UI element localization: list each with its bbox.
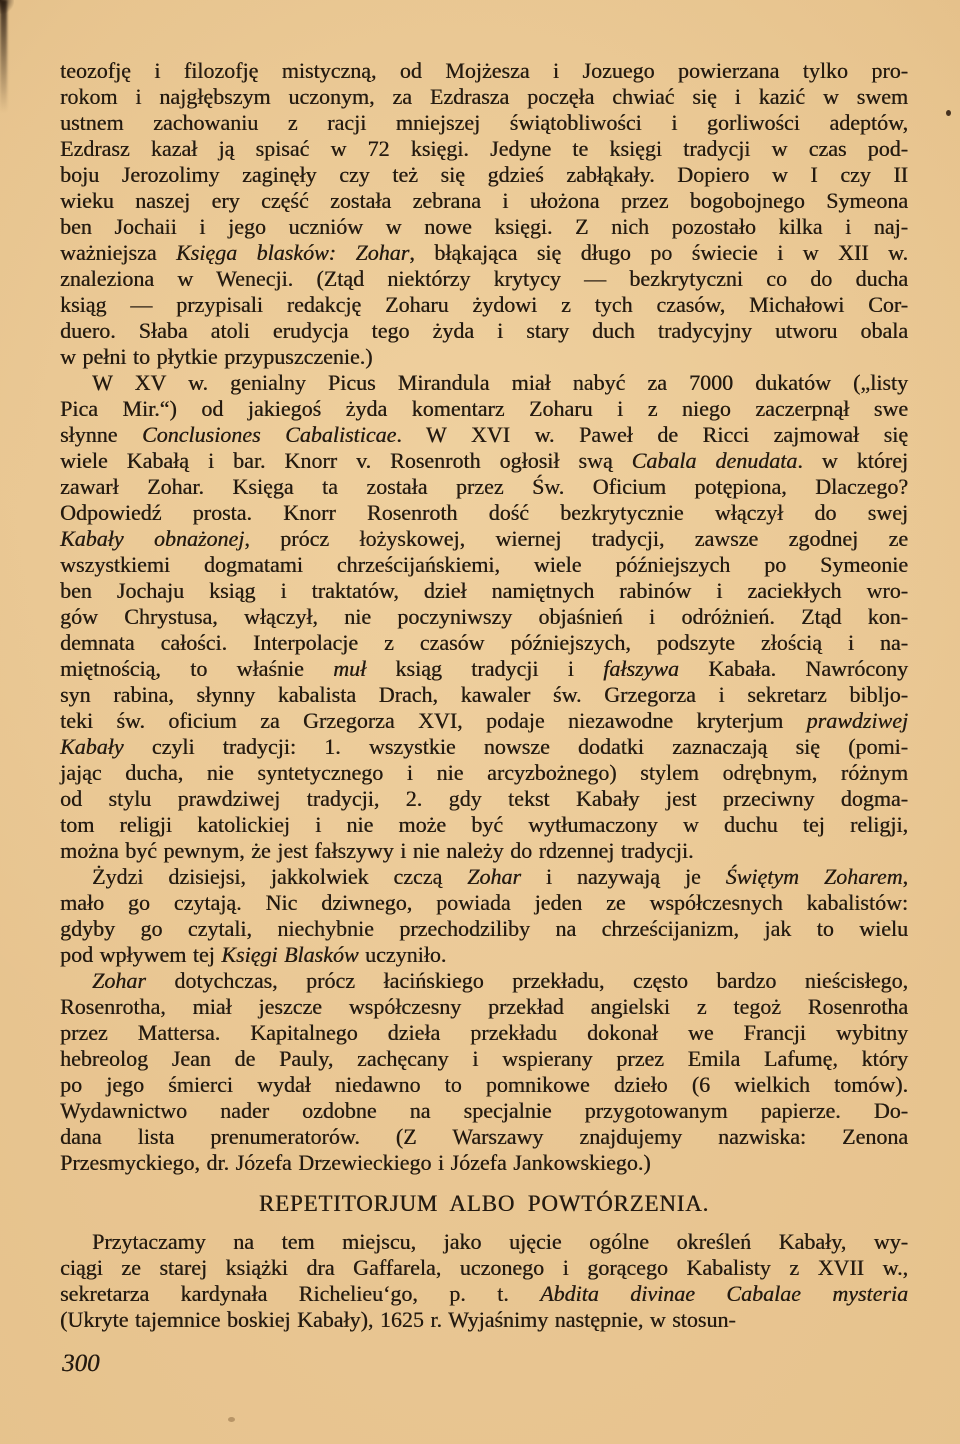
- text-run: duero. Słaba atoli erudycja tego żyda i …: [60, 318, 908, 343]
- text-run: znaleziona w Wenecji. (Ztąd niektórzy kr…: [60, 266, 908, 291]
- text-line: wiele Kabałą i bar. Knorr v. Rosenroth o…: [60, 448, 908, 474]
- text-run: W XV w. genialny Picus Mirandula miał na…: [92, 370, 908, 395]
- page-text: teozofję i filozofję mistyczną, od Mojże…: [60, 58, 908, 1333]
- text-run: pod wpływem tej: [60, 942, 221, 967]
- text-run: po jego śmierci wydał niedawno to pomnik…: [60, 1072, 908, 1097]
- text-run: ben Jochaju ksiąg i traktatów, dzieł nam…: [60, 578, 908, 603]
- text-run: ksiąg — przypisali redakcję Zoharu żydow…: [60, 292, 908, 317]
- text-line: Kabały czyli tradycji: 1. wszystkie nows…: [60, 734, 908, 760]
- paragraph: Żydzi dzisiejsi, jakkolwiek czczą Zohar …: [60, 864, 908, 968]
- text-run: rokom i najgłębszym uczonym, za Ezdrasza…: [60, 84, 908, 109]
- italic-text-run: prawdziwej: [807, 708, 908, 733]
- text-line: wszystkiemi dogmatami chrześcijańskiemi,…: [60, 552, 908, 578]
- text-line: sekretarza kardynała Richelieu‘go, p. t.…: [60, 1281, 908, 1307]
- text-run: ben Jochaii i jego uczniów w nowe księgi…: [60, 214, 908, 239]
- text-line: można być pewnym, że jest fałszywy i nie…: [60, 838, 908, 864]
- text-run: . w której: [797, 448, 908, 473]
- text-run: REPETITORJUM ALBO POWTÓRZENIA.: [259, 1191, 709, 1216]
- text-line: (Ukryte tajemnice boskiej Kabały), 1625 …: [60, 1307, 908, 1333]
- italic-text-run: Cabala denudata: [632, 448, 798, 473]
- text-run: i nazywają je: [521, 864, 726, 889]
- text-run: Ezdrasz kazał ją spisać w 72 księgi. Jed…: [60, 136, 908, 161]
- text-line: Ezdrasz kazał ją spisać w 72 księgi. Jed…: [60, 136, 908, 162]
- text-line: przez Mattersa. Kapitalnego dzieła przek…: [60, 1020, 908, 1046]
- text-run: teozofję i filozofję mistyczną, od Mojże…: [60, 58, 908, 83]
- text-run: miętnością, to właśnie: [60, 656, 333, 681]
- text-run: . W XVI w. Paweł de Ricci zajmował się: [396, 422, 908, 447]
- text-line: znaleziona w Wenecji. (Ztąd niektórzy kr…: [60, 266, 908, 292]
- text-run: Przytaczamy na tem miejscu, jako ujęcie …: [92, 1229, 908, 1254]
- text-line: ksiąg — przypisali redakcję Zoharu żydow…: [60, 292, 908, 318]
- text-run: od stylu prawdziwej tradycji, 2. gdy tek…: [60, 786, 908, 811]
- text-line: syn rabina, słynny kabalista Drach, kawa…: [60, 682, 908, 708]
- text-run: demnata całości. Interpolacje z czasów p…: [60, 630, 908, 655]
- page-number: 300: [62, 1350, 100, 1378]
- text-run: hebreolog Jean de Pauly, zachęcany i wsp…: [60, 1046, 908, 1071]
- text-line: miętnością, to właśnie muł ksiąg tradycj…: [60, 656, 908, 682]
- text-line: hebreolog Jean de Pauly, zachęcany i wsp…: [60, 1046, 908, 1072]
- text-run: można być pewnym, że jest fałszywy i nie…: [60, 838, 694, 863]
- text-run: gdyby go czytali, niechybnie przechodzil…: [60, 916, 908, 941]
- paper-blemish: [228, 1417, 235, 1422]
- italic-text-run: Abdita divinae Cabalae mysteria: [540, 1281, 908, 1306]
- paragraph: Przytaczamy na tem miejscu, jako ujęcie …: [60, 1229, 908, 1333]
- text-run: dana lista prenumeratorów. (Z Warszawy z…: [60, 1124, 908, 1149]
- text-run: boju Jerozolimy zaginęły czy też się gdz…: [60, 162, 908, 187]
- text-line: dana lista prenumeratorów. (Z Warszawy z…: [60, 1124, 908, 1150]
- text-line: rokom i najgłębszym uczonym, za Ezdrasza…: [60, 84, 908, 110]
- text-run: uczyniło.: [359, 942, 447, 967]
- text-run: słynne: [60, 422, 142, 447]
- text-run: Żydzi dzisiejsi, jakkolwiek czczą: [92, 864, 467, 889]
- text-line: ważniejsza Księga blasków: Zohar, błąkaj…: [60, 240, 908, 266]
- text-line: duero. Słaba atoli erudycja tego żyda i …: [60, 318, 908, 344]
- text-run: wszystkiemi dogmatami chrześcijańskiemi,…: [60, 552, 908, 577]
- text-run: czyli tradycji: 1. wszystkie nowsze doda…: [124, 734, 908, 759]
- text-line: Pica Mir.“) od jakiegoś żyda komentarz Z…: [60, 396, 908, 422]
- text-line: teozofję i filozofję mistyczną, od Mojże…: [60, 58, 908, 84]
- text-run: zawarł Zohar. Księga ta została przez Św…: [60, 474, 908, 499]
- text-line: od stylu prawdziwej tradycji, 2. gdy tek…: [60, 786, 908, 812]
- italic-text-run: muł: [333, 656, 366, 681]
- text-line: ben Jochaii i jego uczniów w nowe księgi…: [60, 214, 908, 240]
- text-run: (Ukryte tajemnice boskiej Kabały), 1625 …: [60, 1307, 736, 1332]
- text-run: Odpowiedź prosta. Knorr Rosenroth dość b…: [60, 500, 908, 525]
- text-run: Pica Mir.“) od jakiegoś żyda komentarz Z…: [60, 396, 908, 421]
- text-line: Zohar dotychczas, prócz łacińskiego prze…: [60, 968, 908, 994]
- text-line: demnata całości. Interpolacje z czasów p…: [60, 630, 908, 656]
- text-line: po jego śmierci wydał niedawno to pomnik…: [60, 1072, 908, 1098]
- italic-text-run: Zohar: [467, 864, 521, 889]
- text-run: gów Chrystusa, włączył, nie poczyniwszy …: [60, 604, 908, 629]
- text-line: Rosenrotha, miał jeszcze współczesny prz…: [60, 994, 908, 1020]
- text-run: ciągi ze starej książki dra Gaffarela, u…: [60, 1255, 908, 1280]
- text-line: Kabały obnażonej, prócz łożyskowej, wier…: [60, 526, 908, 552]
- text-run: teki św. oficium za Grzegorza XVI, podaj…: [60, 708, 807, 733]
- ink-speck: [946, 110, 951, 116]
- text-line: Przytaczamy na tem miejscu, jako ujęcie …: [60, 1229, 908, 1255]
- text-line: W XV w. genialny Picus Mirandula miał na…: [60, 370, 908, 396]
- text-run: , błąkająca się długo po świecie i w XII…: [409, 240, 908, 265]
- text-line: teki św. oficium za Grzegorza XVI, podaj…: [60, 708, 908, 734]
- text-line: słynne Conclusiones Cabalisticae. W XVI …: [60, 422, 908, 448]
- text-line: gów Chrystusa, włączył, nie poczyniwszy …: [60, 604, 908, 630]
- text-run: mało go czytają. Nic dziwnego, powiada j…: [60, 890, 908, 915]
- text-run: ksiąg tradycji i: [366, 656, 603, 681]
- book-page: { "document": { "language": "pl", "page_…: [0, 0, 960, 1444]
- paragraph: Zohar dotychczas, prócz łacińskiego prze…: [60, 968, 908, 1176]
- italic-text-run: Świętym Zoharem: [726, 864, 903, 889]
- italic-text-run: fałszywa: [603, 656, 679, 681]
- text-line: gdyby go czytali, niechybnie przechodzil…: [60, 916, 908, 942]
- text-run: tom religji katolickiej i nie może być w…: [60, 812, 908, 837]
- italic-text-run: Kabały obnażonej: [60, 526, 244, 551]
- text-line: Przesmyckiego, dr. Józefa Drzewieckiego …: [60, 1150, 908, 1176]
- scan-corner-smudge: [0, 0, 14, 14]
- text-run: ,: [902, 864, 908, 889]
- text-line: mało go czytają. Nic dziwnego, powiada j…: [60, 890, 908, 916]
- text-line: Wydawnictwo nader ozdobne na specjalnie …: [60, 1098, 908, 1124]
- text-run: sekretarza kardynała Richelieu‘go, p. t.: [60, 1281, 540, 1306]
- italic-text-run: Księgi Blasków: [221, 942, 358, 967]
- text-line: ustnem zachowaniu z racji mniejszej świą…: [60, 110, 908, 136]
- text-run: przez Mattersa. Kapitalnego dzieła przek…: [60, 1020, 908, 1045]
- text-line: w pełni to płytkie przypuszczenie.): [60, 344, 908, 370]
- text-line: wieku naszej ery część została zebrana i…: [60, 188, 908, 214]
- text-run: dotychczas, prócz łacińskiego przekładu,…: [146, 968, 908, 993]
- text-run: Rosenrotha, miał jeszcze współczesny prz…: [60, 994, 908, 1019]
- text-line: ciągi ze starej książki dra Gaffarela, u…: [60, 1255, 908, 1281]
- italic-text-run: Zohar: [92, 968, 146, 993]
- text-run: Kabała. Nawrócony: [679, 656, 908, 681]
- text-run: wiele Kabałą i bar. Knorr v. Rosenroth o…: [60, 448, 632, 473]
- text-run: syn rabina, słynny kabalista Drach, kawa…: [60, 682, 908, 707]
- section-heading: REPETITORJUM ALBO POWTÓRZENIA.: [60, 1191, 908, 1217]
- text-line: pod wpływem tej Księgi Blasków uczyniło.: [60, 942, 908, 968]
- text-line: REPETITORJUM ALBO POWTÓRZENIA.: [60, 1191, 908, 1217]
- text-run: w pełni to płytkie przypuszczenie.): [60, 344, 373, 369]
- italic-text-run: Księga blasków: Zohar: [176, 240, 409, 265]
- paragraph: teozofję i filozofję mistyczną, od Mojże…: [60, 58, 908, 370]
- text-line: zawarł Zohar. Księga ta została przez Św…: [60, 474, 908, 500]
- text-run: Wydawnictwo nader ozdobne na specjalnie …: [60, 1098, 908, 1123]
- italic-text-run: Kabały: [60, 734, 124, 759]
- text-line: boju Jerozolimy zaginęły czy też się gdz…: [60, 162, 908, 188]
- text-run: jając ducha, nie syntetycznego i nie arc…: [60, 760, 908, 785]
- italic-text-run: Conclusiones Cabalisticae: [142, 422, 396, 447]
- text-run: wieku naszej ery część została zebrana i…: [60, 188, 908, 213]
- text-run: ustnem zachowaniu z racji mniejszej świą…: [60, 110, 908, 135]
- text-run: ważniejsza: [60, 240, 176, 265]
- text-run: Przesmyckiego, dr. Józefa Drzewieckiego …: [60, 1150, 651, 1175]
- scan-edge-shadow: [0, 0, 7, 112]
- text-line: jając ducha, nie syntetycznego i nie arc…: [60, 760, 908, 786]
- text-line: Odpowiedź prosta. Knorr Rosenroth dość b…: [60, 500, 908, 526]
- text-line: tom religji katolickiej i nie może być w…: [60, 812, 908, 838]
- text-run: , prócz łożyskowej, wiernej tradycji, za…: [244, 526, 908, 551]
- paragraph: W XV w. genialny Picus Mirandula miał na…: [60, 370, 908, 864]
- text-line: Żydzi dzisiejsi, jakkolwiek czczą Zohar …: [60, 864, 908, 890]
- text-line: ben Jochaju ksiąg i traktatów, dzieł nam…: [60, 578, 908, 604]
